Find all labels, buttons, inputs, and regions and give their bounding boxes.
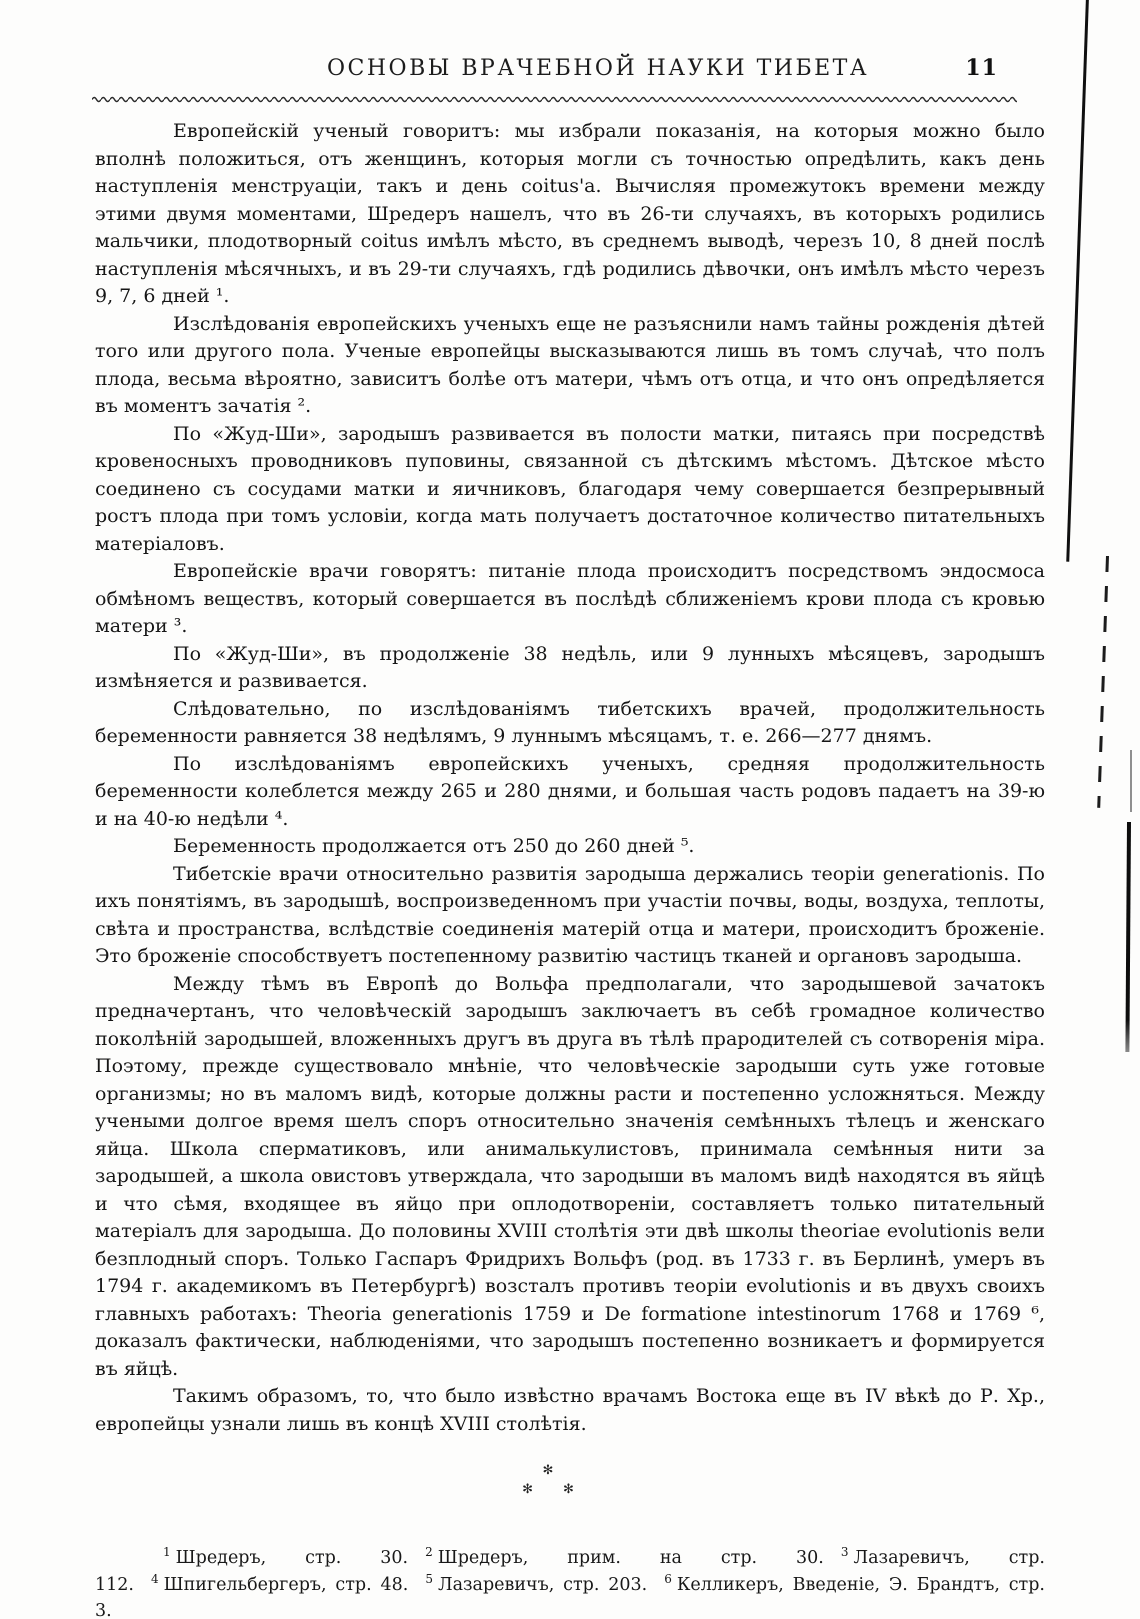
- footnote-marker: 2: [425, 1545, 433, 1559]
- paragraph: Европейскій ученый говоритъ: мы избрали …: [95, 118, 1045, 311]
- body-text: Европейскій ученый говоритъ: мы избрали …: [95, 118, 1045, 1438]
- paragraph: Беременность продолжается отъ 250 до 260…: [95, 833, 1045, 861]
- footnote-marker: 4: [151, 1572, 159, 1586]
- footnote-marker: 1: [163, 1545, 171, 1559]
- footnote: 5Лазаревичъ, стр. 203.: [425, 1575, 647, 1595]
- wavy-divider: [92, 93, 1017, 103]
- footnote-marker: 5: [425, 1572, 433, 1586]
- page-number: 11: [965, 55, 998, 81]
- footnotes: 1Шредеръ, стр. 30.2Шредеръ, прим. на стр…: [95, 1545, 1045, 1619]
- paragraph: По изслѣдованіямъ европейскихъ ученыхъ, …: [95, 751, 1045, 834]
- asterisk-icon: ✻: [543, 1463, 554, 1478]
- scan-edge-artifact: [1125, 822, 1130, 1052]
- paragraph: По «Жуд-Ши», зародышъ развивается въ пол…: [95, 421, 1045, 559]
- book-page: ОСНОВЫ ВРАЧЕБНОЙ НАУКИ ТИБЕТА 11 Европей…: [0, 0, 1140, 1619]
- footnote: 2Шредеръ, прим. на стр. 30.: [425, 1548, 824, 1568]
- paragraph: Такимъ образомъ, то, что было извѣстно в…: [95, 1383, 1045, 1438]
- asterisk-icon: ✻: [563, 1483, 574, 1497]
- footnote: 4Шпигельбергеръ, стр. 48.: [151, 1575, 408, 1595]
- paragraph: Слѣдовательно, по изслѣдованіямъ тибетск…: [95, 696, 1045, 751]
- asterisk-icon: ✻: [522, 1483, 533, 1497]
- footnote-marker: 3: [841, 1545, 849, 1559]
- paragraph: Тибетскіе врачи относительно развитія за…: [95, 861, 1045, 971]
- page-header: ОСНОВЫ ВРАЧЕБНОЙ НАУКИ ТИБЕТА 11: [0, 0, 1140, 86]
- paragraph: Европейскіе врачи говорятъ: питаніе плод…: [95, 558, 1045, 641]
- scan-edge-artifact: [1130, 750, 1132, 812]
- footnote-marker: 6: [664, 1572, 672, 1586]
- footnote-text: Лазаревичъ, стр. 203.: [438, 1575, 647, 1595]
- footnote-text: Шредеръ, стр. 30.: [176, 1548, 408, 1568]
- footnote-text: Шпигельбергеръ, стр. 48.: [164, 1575, 409, 1595]
- asterism: ✻ ✻ ✻: [488, 1464, 608, 1497]
- footnote: 1Шредеръ, стр. 30.: [163, 1548, 408, 1568]
- paragraph: Между тѣмъ въ Европѣ до Вольфа предполаг…: [95, 971, 1045, 1384]
- footnote-text: Шредеръ, прим. на стр. 30.: [438, 1548, 824, 1568]
- scan-edge-artifact: [1097, 556, 1108, 808]
- paragraph: По «Жуд-Ши», въ продолженіе 38 недѣль, и…: [95, 641, 1045, 696]
- paragraph: Изслѣдованія европейскихъ ученыхъ еще не…: [95, 311, 1045, 421]
